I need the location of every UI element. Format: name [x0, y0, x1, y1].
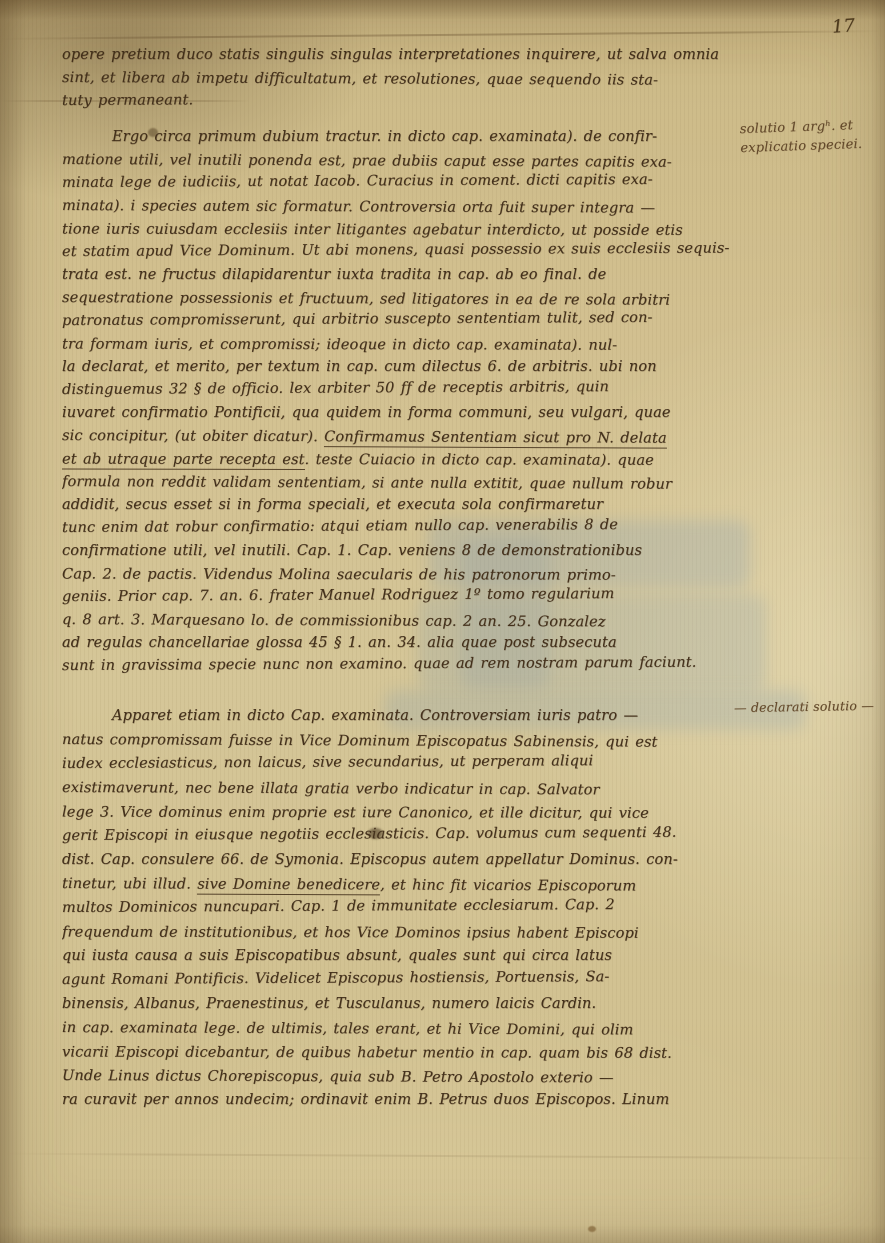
manuscript-line: tra formam iuris, et compromissi; ideoqu… [62, 334, 756, 358]
paper-crease-top [0, 30, 885, 40]
manuscript-line: vicarii Episcopi dicebantur, de quibus h… [62, 1041, 756, 1066]
underlined-phrase: sive Domine benedicere [197, 877, 380, 896]
manuscript-line: Apparet etiam in dicto Cap. examinata. C… [62, 704, 756, 728]
manuscript-line: tunc enim dat robur confirmatio: atqui e… [62, 513, 756, 540]
manuscript-line: geniis. Prior cap. 7. an. 6. frater Manu… [62, 582, 756, 609]
manuscript-line: agunt Romani Pontificis. Videlicet Episc… [62, 964, 756, 992]
paragraph: Ergo circa primum dubium tractur. in dic… [62, 126, 756, 678]
manuscript-line: minata). i species autem sic formatur. C… [62, 195, 756, 221]
manuscript-line: iudex ecclesiasticus, non laicus, sive s… [62, 748, 756, 776]
manuscript-line: dist. Cap. consulere 66. de Symonia. Epi… [62, 848, 756, 872]
underlined-phrase: et ab utraque parte recepta est [62, 452, 305, 471]
manuscript-line: existimaverunt, nec bene illata gratia v… [62, 776, 756, 803]
manuscript-line: binensis, Albanus, Praenestinus, et Tusc… [62, 992, 756, 1016]
manuscript-line: sunt in gravissima specie nunc non exami… [62, 651, 756, 678]
manuscript-line: patronatus compromisserunt, qui arbitrio… [62, 306, 756, 333]
manuscript-line: confirmatione utili, vel inutili. Cap. 1… [62, 540, 756, 563]
manuscript-line: multos Dominicos nuncupari. Cap. 1 de im… [62, 892, 756, 920]
page-number: 17 [831, 15, 855, 38]
manuscript-line: iuvaret confirmatio Pontificii, qua quid… [62, 402, 756, 425]
paragraph: Apparet etiam in dicto Cap. examinata. C… [62, 704, 756, 1112]
manuscript-line: sic concipitur, (ut obiter dicatur). Con… [62, 425, 756, 451]
paragraph: opere pretium duco statis singulis singu… [62, 44, 756, 113]
manuscript-line: opere pretium duco statis singulis singu… [62, 44, 756, 67]
manuscript-page: 17 solutio 1 argʰ. et explicatio speciei… [0, 0, 885, 1243]
margin-note-solutio: solutio 1 argʰ. et explicatio speciei. [739, 116, 862, 158]
manuscript-line: tuty permaneant. [62, 86, 756, 113]
manuscript-line: formula non reddit validam sententiam, s… [62, 471, 756, 497]
manuscript-line: trata est. ne fructus dilapidarentur iux… [62, 264, 756, 287]
manuscript-line: in cap. examinata lege. de ultimis, tale… [62, 1016, 756, 1043]
underlined-phrase: Confirmamus Sententiam sicut pro N. dela… [324, 429, 667, 448]
manuscript-line: et ab utraque parte recepta est. teste C… [62, 449, 756, 473]
manuscript-line: gerit Episcopi in eiusque negotiis eccle… [62, 820, 756, 848]
margin-note-line: explicatio speciei. [740, 135, 863, 158]
ink-speck [588, 1226, 596, 1232]
manuscript-line: ra curavit per annos undecim; ordinavit … [62, 1088, 756, 1112]
manuscript-line: minata lege de iudiciis, ut notat Iacob.… [62, 168, 756, 195]
manuscript-line: q. 8 art. 3. Marquesano lo. de commissio… [62, 609, 756, 635]
manuscript-line: Ergo circa primum dubium tractur. in dic… [62, 126, 756, 149]
manuscript-line: et statim apud Vice Dominum. Ut abi mone… [62, 237, 756, 264]
manuscript-line: frequendum de institutionibus, et hos Vi… [62, 921, 756, 946]
paper-crease-bottom [0, 1153, 885, 1160]
body-text: opere pretium duco statis singulis singu… [62, 44, 756, 1112]
manuscript-line: Unde Linus dictus Chorepiscopus, quia su… [62, 1064, 756, 1091]
manuscript-line: distinguemus 32 § de officio. lex arbite… [62, 375, 756, 402]
